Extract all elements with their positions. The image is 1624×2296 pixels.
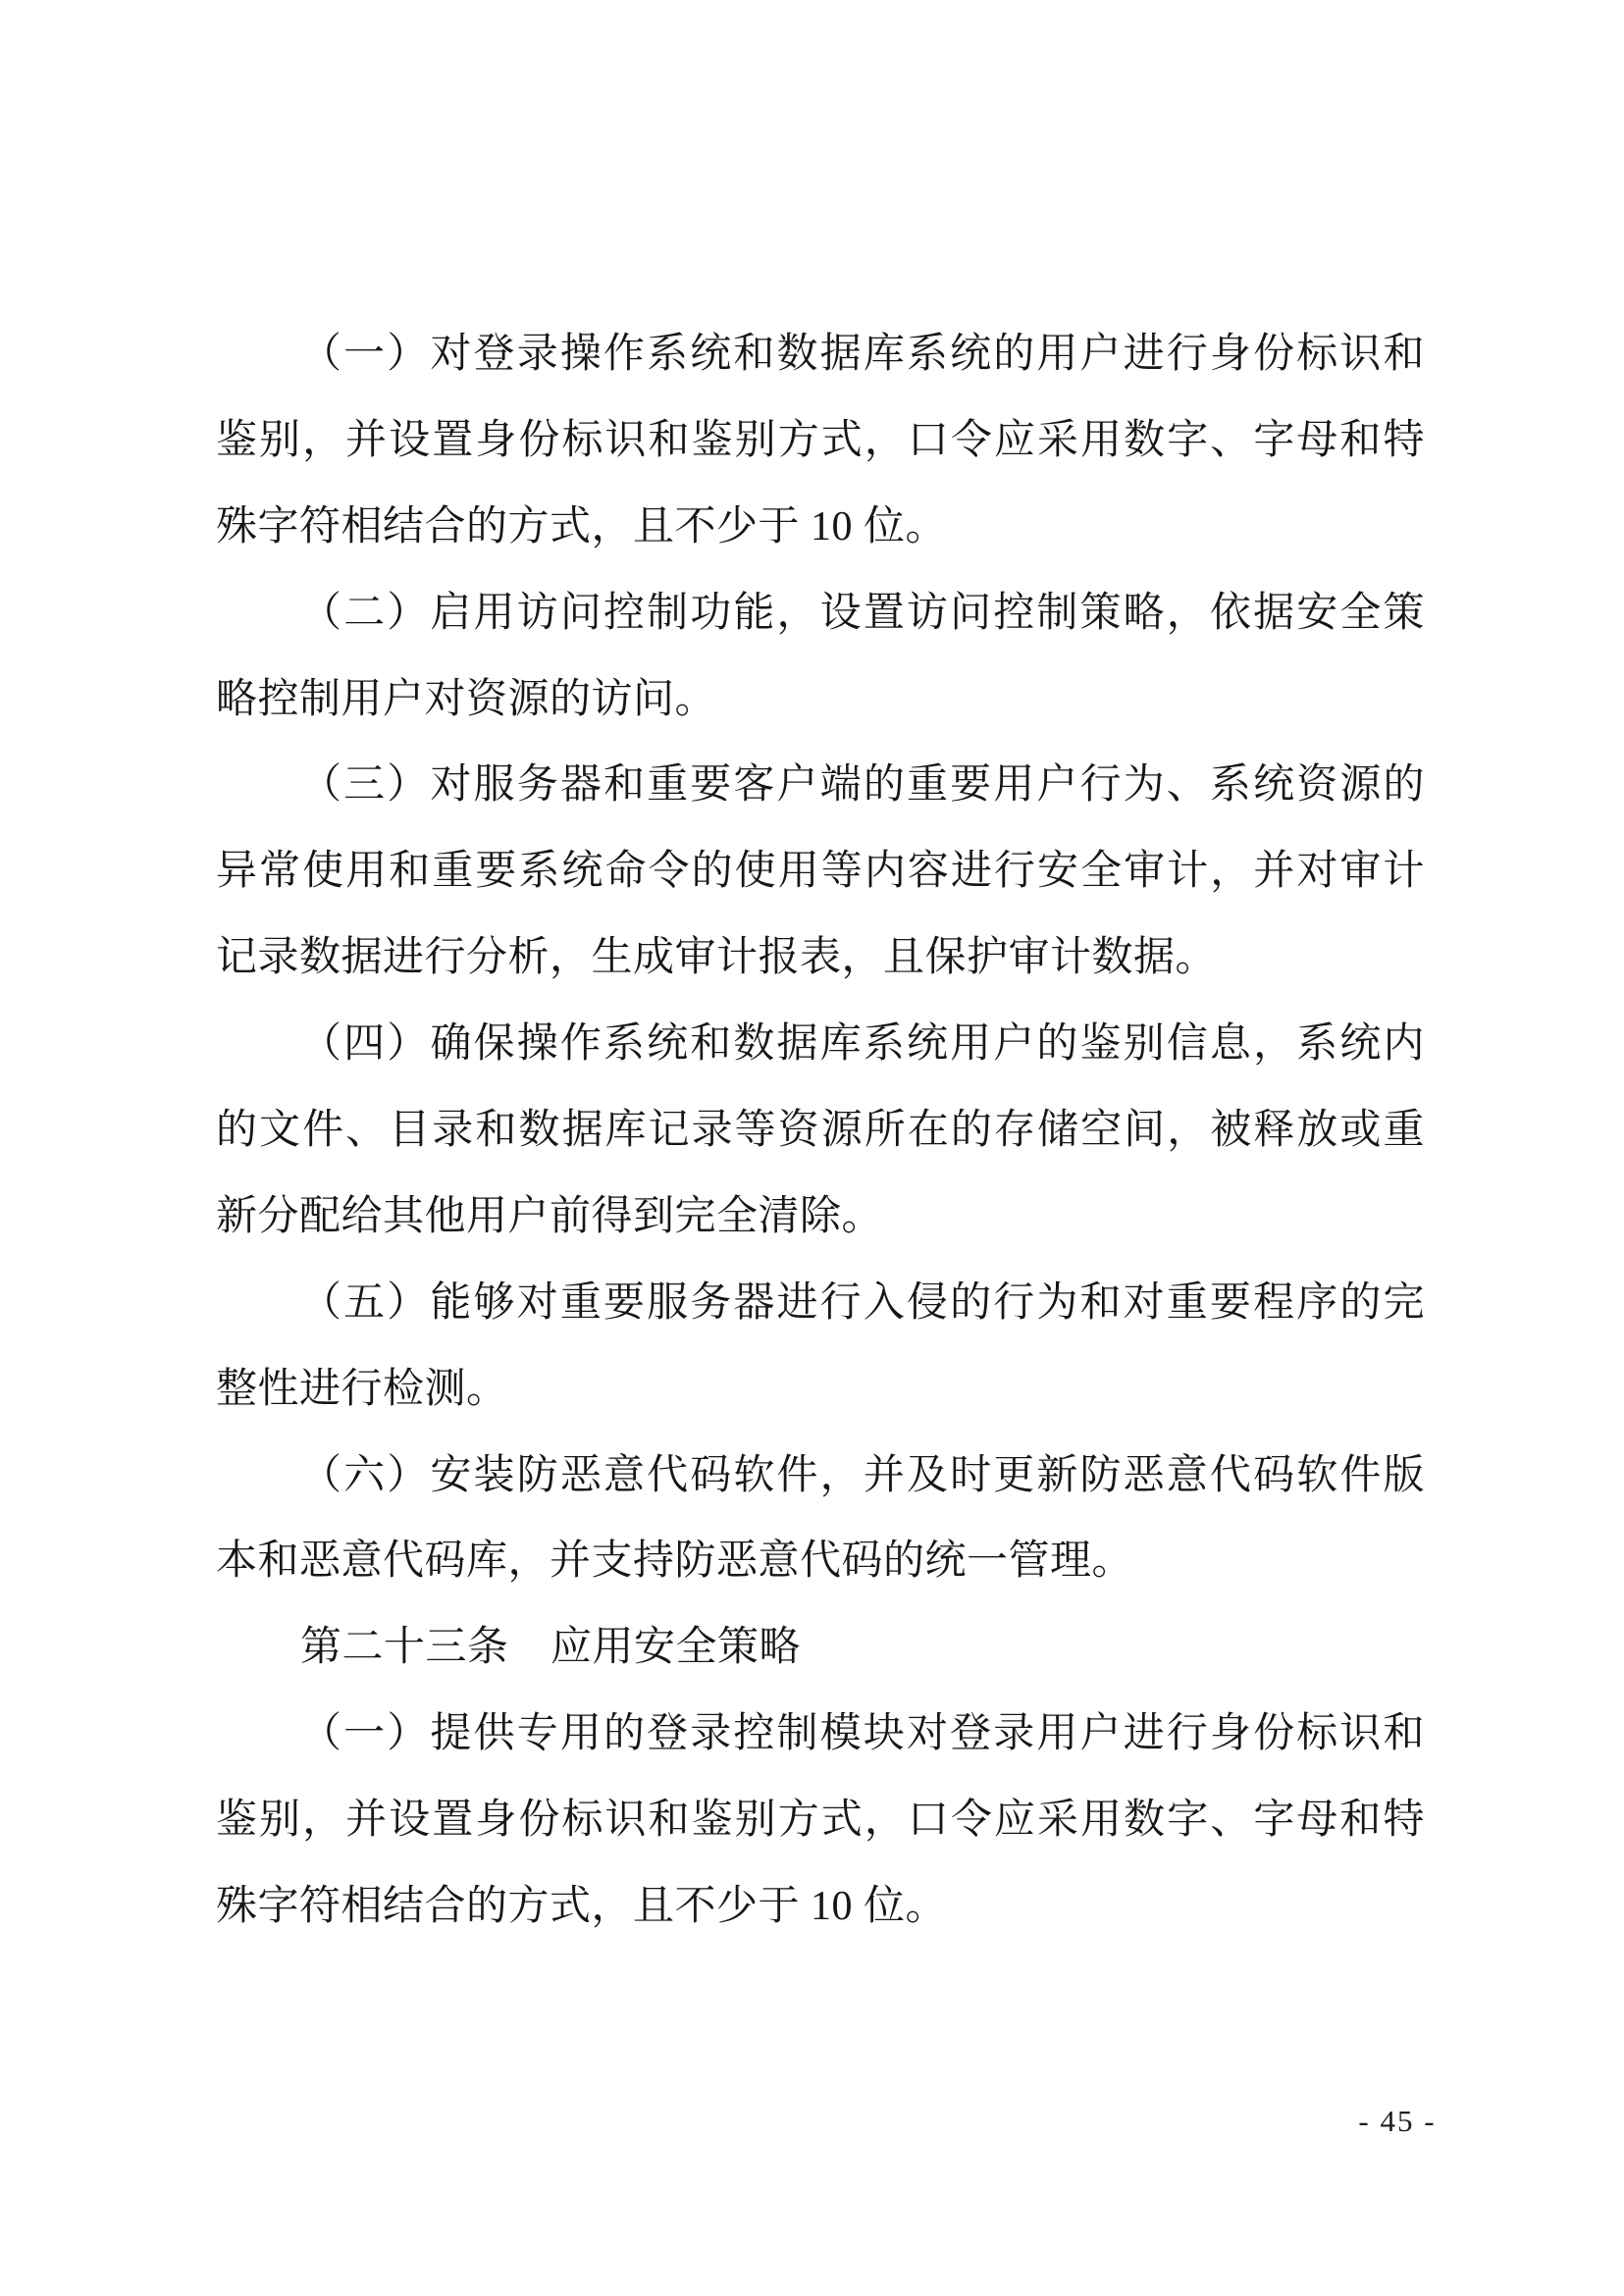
- text-line: 第二十三条 应用安全策略: [216, 1605, 1425, 1692]
- text-line: （六）安装防恶意代码软件，并及时更新防恶意代码软件版: [216, 1434, 1425, 1520]
- text-line: （一）提供专用的登录控制模块对登录用户进行身份标识和: [216, 1692, 1425, 1778]
- text-line: （一）对登录操作系统和数据库系统的用户进行身份标识和: [216, 312, 1425, 398]
- text-line: 略控制用户对资源的访问。: [216, 657, 1425, 744]
- document-body: （一）对登录操作系统和数据库系统的用户进行身份标识和鉴别，并设置身份标识和鉴别方…: [216, 312, 1425, 1951]
- text-line: 新分配给其他用户前得到完全清除。: [216, 1174, 1425, 1261]
- text-line: 鉴别，并设置身份标识和鉴别方式，口令应采用数字、字母和特: [216, 398, 1425, 485]
- text-line: 异常使用和重要系统命令的使用等内容进行安全审计，并对审计: [216, 829, 1425, 915]
- text-line: 整性进行检测。: [216, 1347, 1425, 1434]
- text-line: 本和恶意代码库，并支持防恶意代码的统一管理。: [216, 1519, 1425, 1605]
- text-line: 记录数据进行分析，生成审计报表，且保护审计数据。: [216, 915, 1425, 1002]
- paragraph: （六）安装防恶意代码软件，并及时更新防恶意代码软件版本和恶意代码库，并支持防恶意…: [216, 1434, 1425, 1606]
- paragraph: （一）提供专用的登录控制模块对登录用户进行身份标识和鉴别，并设置身份标识和鉴别方…: [216, 1692, 1425, 1951]
- document-page: { "page": { "background": "#ffffff", "te…: [0, 0, 1624, 2296]
- text-line: （五）能够对重要服务器进行入侵的行为和对重要程序的完: [216, 1261, 1425, 1347]
- paragraph: （五）能够对重要服务器进行入侵的行为和对重要程序的完整性进行检测。: [216, 1261, 1425, 1434]
- paragraph: （一）对登录操作系统和数据库系统的用户进行身份标识和鉴别，并设置身份标识和鉴别方…: [216, 312, 1425, 571]
- text-line: 鉴别，并设置身份标识和鉴别方式，口令应采用数字、字母和特: [216, 1778, 1425, 1864]
- text-line: （三）对服务器和重要客户端的重要用户行为、系统资源的: [216, 743, 1425, 829]
- text-line: （四）确保操作系统和数据库系统用户的鉴别信息，系统内: [216, 1002, 1425, 1088]
- text-line: 殊字符相结合的方式，且不少于 10 位。: [216, 1864, 1425, 1951]
- article-heading: 第二十三条 应用安全策略: [216, 1605, 1425, 1692]
- text-line: （二）启用访问控制功能，设置访问控制策略，依据安全策: [216, 571, 1425, 657]
- text-line: 的文件、目录和数据库记录等资源所在的存储空间，被释放或重: [216, 1088, 1425, 1174]
- page-number: - 45 -: [1342, 2100, 1452, 2143]
- paragraph: （四）确保操作系统和数据库系统用户的鉴别信息，系统内的文件、目录和数据库记录等资…: [216, 1002, 1425, 1261]
- text-line: 殊字符相结合的方式，且不少于 10 位。: [216, 485, 1425, 571]
- paragraph: （三）对服务器和重要客户端的重要用户行为、系统资源的异常使用和重要系统命令的使用…: [216, 743, 1425, 1002]
- paragraph: （二）启用访问控制功能，设置访问控制策略，依据安全策略控制用户对资源的访问。: [216, 571, 1425, 744]
